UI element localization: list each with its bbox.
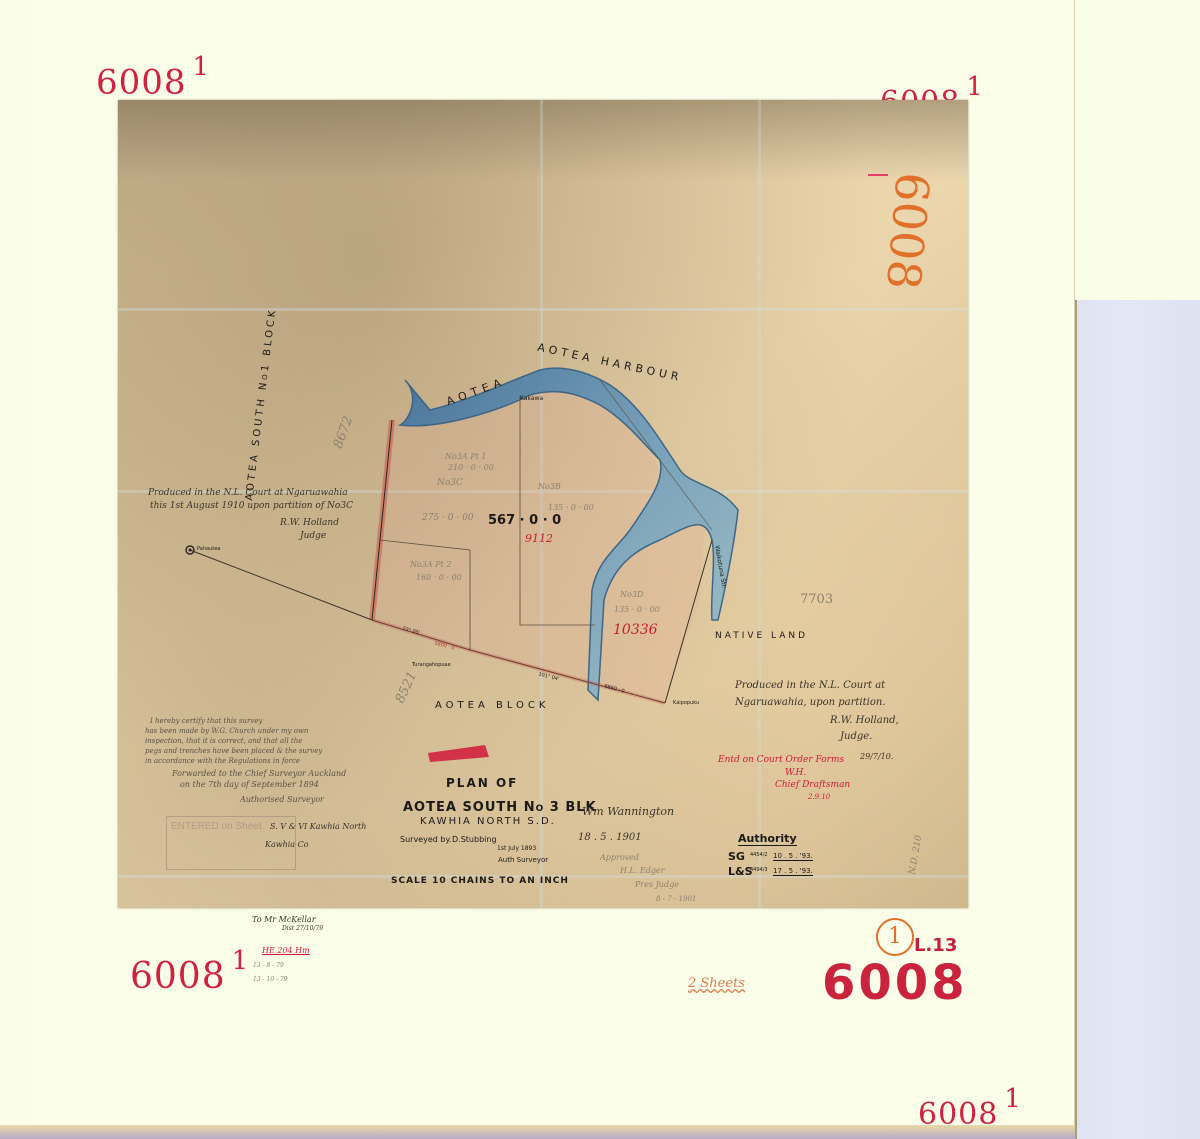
label-pahautea: Pahautea — [197, 546, 220, 552]
approved-line4: 8 - 7 - 1901 — [656, 895, 696, 903]
approved-line2: H.L. Edger — [620, 866, 665, 875]
red-ref-10336: 10336 — [613, 622, 658, 638]
sub-3a-pt1-area: 210 · 0 · 00 — [448, 463, 494, 472]
plan-title-line2: AOTEA SOUTH No 3 BLK — [403, 800, 597, 815]
pencil-date-2: 13 - 10 - 79 — [253, 976, 288, 983]
court-note-right-signature: R.W. Holland, — [830, 715, 899, 726]
authority-row-sg-label: SG — [728, 850, 745, 863]
label-native-land: NATIVE LAND — [715, 631, 808, 641]
approved-line3: Pres Judge — [635, 880, 679, 889]
red-note-date: 2.9.10 — [808, 793, 830, 801]
court-note-left-line2: this 1st August 1910 upon partition of N… — [150, 501, 353, 511]
authority-row-ls-date: 17 . 5 . '93. — [773, 867, 813, 876]
mckellar-note-line1: To Mr McKellar — [252, 915, 316, 924]
authority-row-sg-ref: 4454/2 — [750, 852, 768, 858]
sub-3d-label: No3D — [620, 590, 643, 599]
mckellar-note-line2: Dist 27/10/79 — [282, 925, 323, 932]
cert-line7: on the 7th day of September 1894 — [180, 780, 319, 789]
surveyed-by-label: Surveyed by. — [400, 835, 452, 844]
authority-heading: Authority — [738, 832, 797, 846]
catalogue-number-large: 6008 — [822, 955, 968, 1011]
approval-date: 18 . 5 . 1901 — [578, 832, 642, 843]
surveyor-role: Auth Surveyor — [498, 856, 548, 864]
court-note-left-line1: Produced in the N.L. Court at Ngaruawahi… — [148, 488, 348, 498]
surveyor-name: D.Stubbing — [452, 835, 497, 844]
pencil-date-1: 13 - 8 - 79 — [253, 962, 284, 969]
sheet-ref-line1: S. V & VI Kawhia North — [270, 822, 366, 831]
court-note-left-role: Judge — [300, 531, 326, 541]
sub-3a-pt1-label: No3A Pt 1 — [445, 452, 486, 461]
catalogue-stamp-bottom-left: 60081 — [130, 952, 249, 997]
authority-row-ls-ref: 4494/3 — [750, 867, 768, 873]
court-note-right-date: 29/7/10. — [860, 752, 893, 761]
court-note-right-role: Judge. — [840, 731, 872, 742]
label-kakawa: Kakawa — [520, 395, 543, 402]
red-ref-9112: 9112 — [525, 532, 553, 545]
sheet-ref-line2: Kawhia Co — [265, 840, 309, 849]
sub-3b-area: 135 · 0 · 00 — [548, 503, 594, 512]
label-block-south: AOTEA BLOCK — [435, 700, 549, 711]
sub-3a-pt2-label: No3A Pt 2 — [410, 560, 451, 569]
sub-3d-area: 135 · 0 · 00 — [614, 605, 660, 614]
approval-signature: Wm Wannington — [582, 805, 674, 818]
cert-line6: Forwarded to the Chief Surveyor Auckland — [172, 769, 346, 778]
sub-3c-label: No3C — [437, 478, 463, 488]
cert-line2: has been made by W.G. Church under my ow… — [145, 727, 308, 735]
court-note-right-line1: Produced in the N.L. Court at — [735, 680, 885, 691]
label-turangahopuae: Turangahopuae — [412, 662, 451, 668]
cert-line8: Authorised Surveyor — [240, 795, 324, 804]
authority-row-sg-date: 10 . 5 . '93. — [773, 852, 813, 861]
cert-line1: I hereby certify that this survey — [150, 717, 262, 725]
sub-3a-pt2-area: 160 · 0 · 00 — [416, 573, 462, 582]
court-note-left-signature: R.W. Holland — [280, 518, 339, 528]
approved-line1: Approved — [600, 853, 639, 862]
survey-date: 1st July 1893 — [497, 845, 536, 852]
authority-row-ls-label: L&S — [728, 865, 753, 878]
sub-3c-area: 275 · 0 · 00 — [422, 513, 474, 523]
plan-scale: SCALE 10 CHAINS TO AN INCH — [391, 876, 569, 886]
red-note-role: Chief Draftsman — [775, 780, 850, 790]
court-note-right-line2: Ngaruawahia, upon partition. — [735, 697, 885, 708]
sheets-note: 2 Sheets — [688, 976, 745, 991]
label-kaipopuku: Kaipopuku — [673, 700, 699, 706]
sub-3b-label: No3B — [538, 482, 561, 491]
red-ref-he: HE 204 Hm — [262, 946, 310, 955]
red-note-signature: W.H. — [785, 768, 806, 778]
sheet-ref-l13: L.13 — [914, 935, 957, 956]
plan-title-line1: PLAN OF — [446, 776, 518, 790]
orange-side-number: 6008 — [876, 170, 940, 291]
pencil-7703: 7703 — [800, 592, 833, 607]
plan-title-line3: KAWHIA NORTH S.D. — [420, 816, 556, 827]
circled-number: 1 — [876, 918, 914, 956]
cert-line4: pegs and trenches have been placed & the… — [145, 747, 322, 755]
red-note-line1: Entd on Court Order Forms — [718, 755, 844, 765]
cert-line5: in accordance with the Regulations in fo… — [145, 757, 300, 765]
cert-line3: inspection, that it is correct, and that… — [145, 737, 302, 745]
area-total: 567 · 0 · 0 — [488, 513, 561, 528]
